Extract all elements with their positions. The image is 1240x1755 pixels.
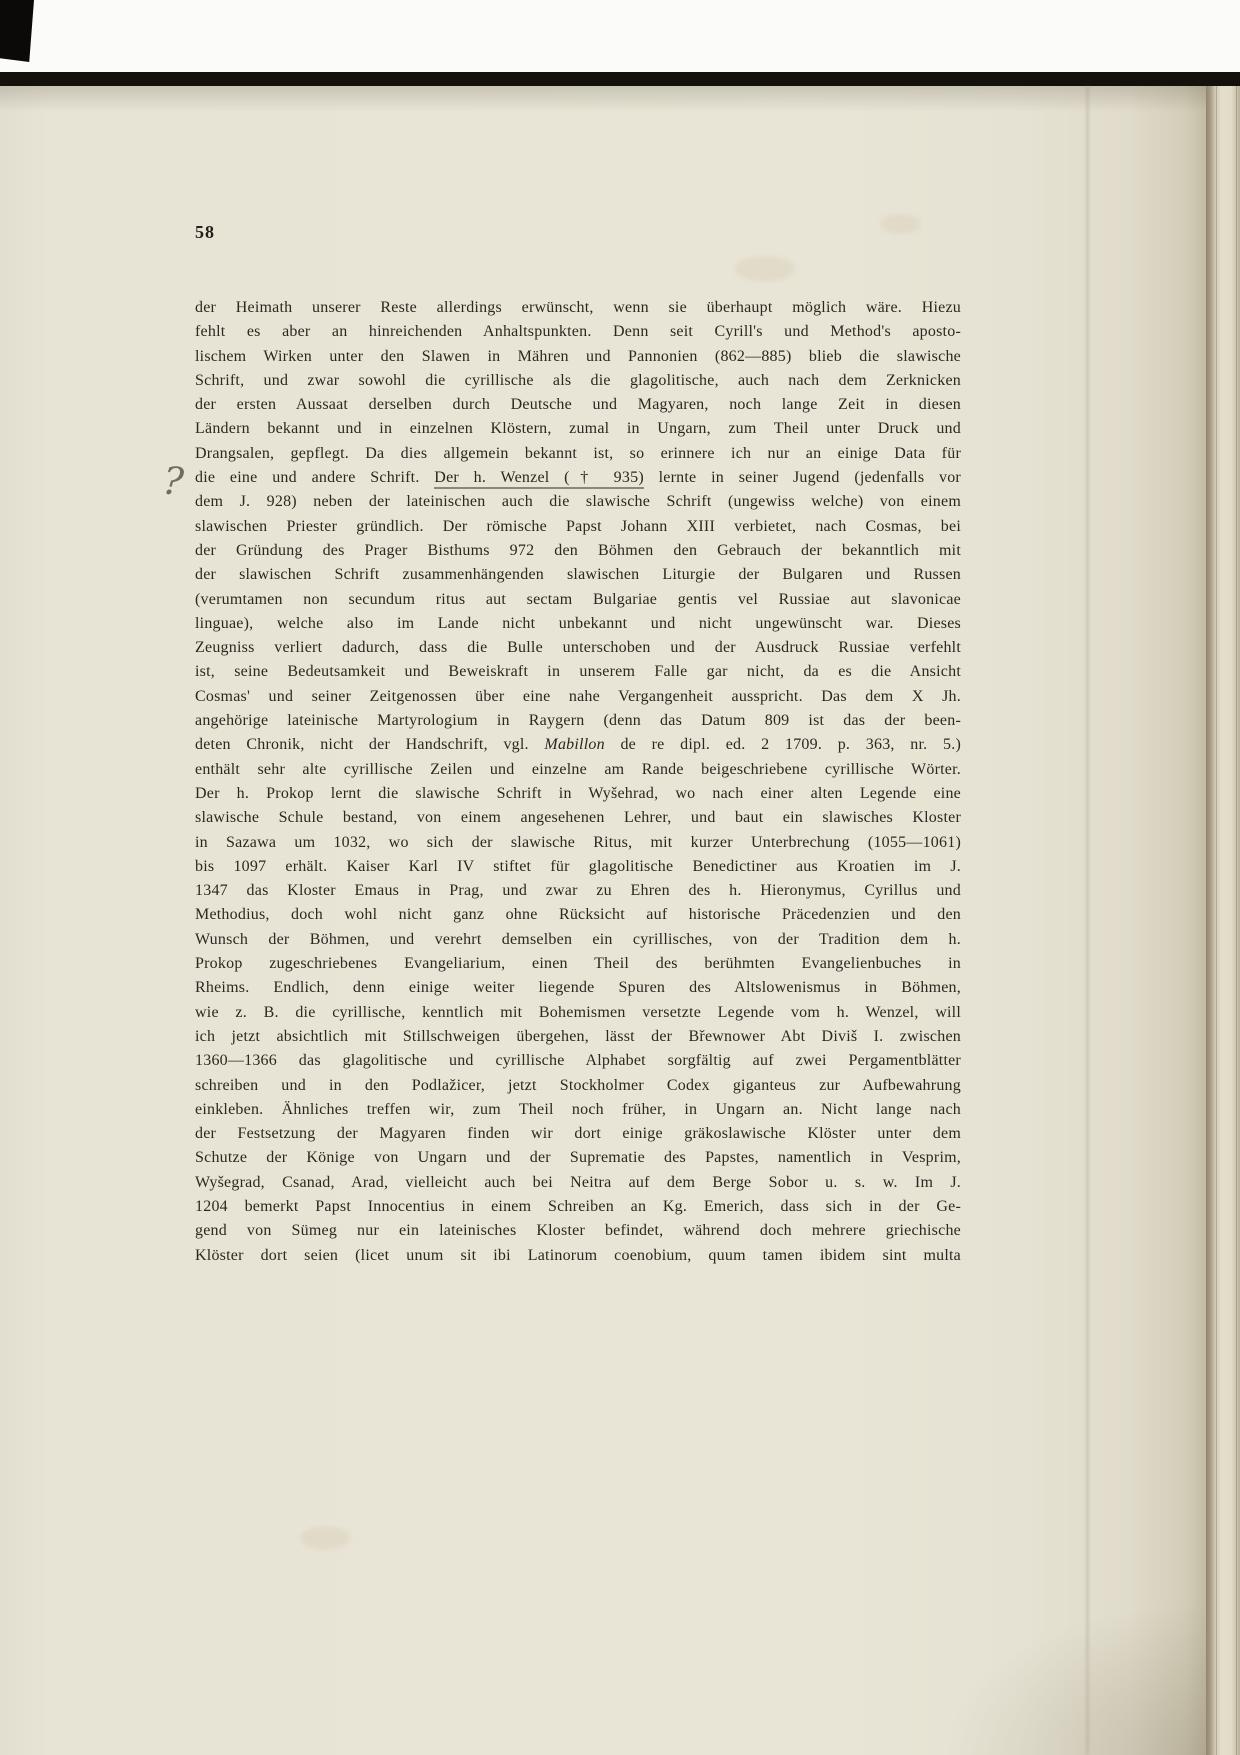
text-line: der Festsetzung der Magyaren finden wir … [195,1122,961,1146]
text-line: der Heimath unserer Reste allerdings erw… [195,296,961,320]
text-line: 1204 bemerkt Papst Innocentius in einem … [195,1195,961,1219]
text-line: wie z. B. die cyrillische, kenntlich mit… [195,1001,961,1025]
text-line: einkleben. Ähnliches treffen wir, zum Th… [195,1098,961,1122]
text-line: Wunsch der Böhmen, und verehrt demselben… [195,928,961,952]
text-line: ich jetzt absichtlich mit Stillschweigen… [195,1025,961,1049]
text-line: deten Chronik, nicht der Handschrift, vg… [195,733,961,757]
text-line: Der h. Prokop lernt die slawische Schrif… [195,782,961,806]
text-line: Ländern bekannt und in einzelnen Klöster… [195,417,961,441]
text-line: Zeugniss verliert dadurch, dass die Bull… [195,636,961,660]
text-line: der slawischen Schrift zusammenhängenden… [195,563,961,587]
page-crease-shadow [1086,86,1089,1755]
body-text: der Heimath unserer Reste allerdings erw… [195,296,961,1268]
text-line: Schutze der Könige von Ungarn und der Su… [195,1146,961,1170]
foxing-spot [735,256,795,282]
text-line: Drangsalen, gepflegt. Da dies allgemein … [195,442,961,466]
text-line: Methodius, doch wohl nicht ganz ohne Rüc… [195,903,961,927]
text-line: (verumtamen non secundum ritus aut secta… [195,588,961,612]
text-line: enthält sehr alte cyrillische Zeilen und… [195,758,961,782]
page-number: 58 [195,222,215,243]
text-line: Rheims. Endlich, denn einige weiter lieg… [195,976,961,1000]
text-line: dem J. 928) neben der lateinischen auch … [195,490,961,514]
text-line: der ersten Aussaat derselben durch Deuts… [195,393,961,417]
text-line: die eine und andere Schrift. Der h. Wenz… [195,466,961,490]
foxing-spot [300,1526,350,1550]
text-line: angehörige lateinische Martyrologium in … [195,709,961,733]
text-line: Prokop zugeschriebenes Evangeliarium, ei… [195,952,961,976]
text-line: Klöster dort seien (licet unum sit ibi L… [195,1244,961,1268]
text-line: gend von Sümeg nur ein lateinisches Klos… [195,1219,961,1243]
text-line: Schrift, und zwar sowohl die cyrillische… [195,369,961,393]
scanner-background [0,0,1240,73]
text-line: Cosmas' und seiner Zeitgenossen über ein… [195,685,961,709]
text-line: lischem Wirken unter den Slawen in Mähre… [195,345,961,369]
text-line: der Gründung des Prager Bisthums 972 den… [195,539,961,563]
foxing-spot [880,214,920,234]
scan-corner-mark [0,0,34,62]
text-line: 1347 das Kloster Emaus in Prag, und zwar… [195,879,961,903]
page-leaf-line [1216,86,1217,1755]
page-leaf-line [1236,86,1237,1755]
text-line: slawischen Priester gründlich. Der römis… [195,515,961,539]
page-edges-stack [1206,86,1240,1755]
text-line: bis 1097 erhält. Kaiser Karl IV stiftet … [195,855,961,879]
text-line: ist, seine Bedeutsamkeit und Beweiskraft… [195,660,961,684]
text-line: fehlt es aber an hinreichenden Anhaltspu… [195,320,961,344]
book-cover-edge-bar [0,72,1240,86]
text-line: in Sazawa um 1032, wo sich der slawische… [195,831,961,855]
book-scan: 58 ? der Heimath unserer Reste allerding… [0,0,1240,1755]
text-line: 1360—1366 das glagolitische und cyrillis… [195,1049,961,1073]
text-line: schreiben und in den Podlažicer, jetzt S… [195,1074,961,1098]
pencil-underline: Der h. Wenzel († 935) [434,469,644,489]
text-line: slawische Schule bestand, von einem ange… [195,806,961,830]
text-line: Wyšegrad, Csanad, Arad, vielleicht auch … [195,1171,961,1195]
text-line: linguae), welche also im Lande nicht unb… [195,612,961,636]
